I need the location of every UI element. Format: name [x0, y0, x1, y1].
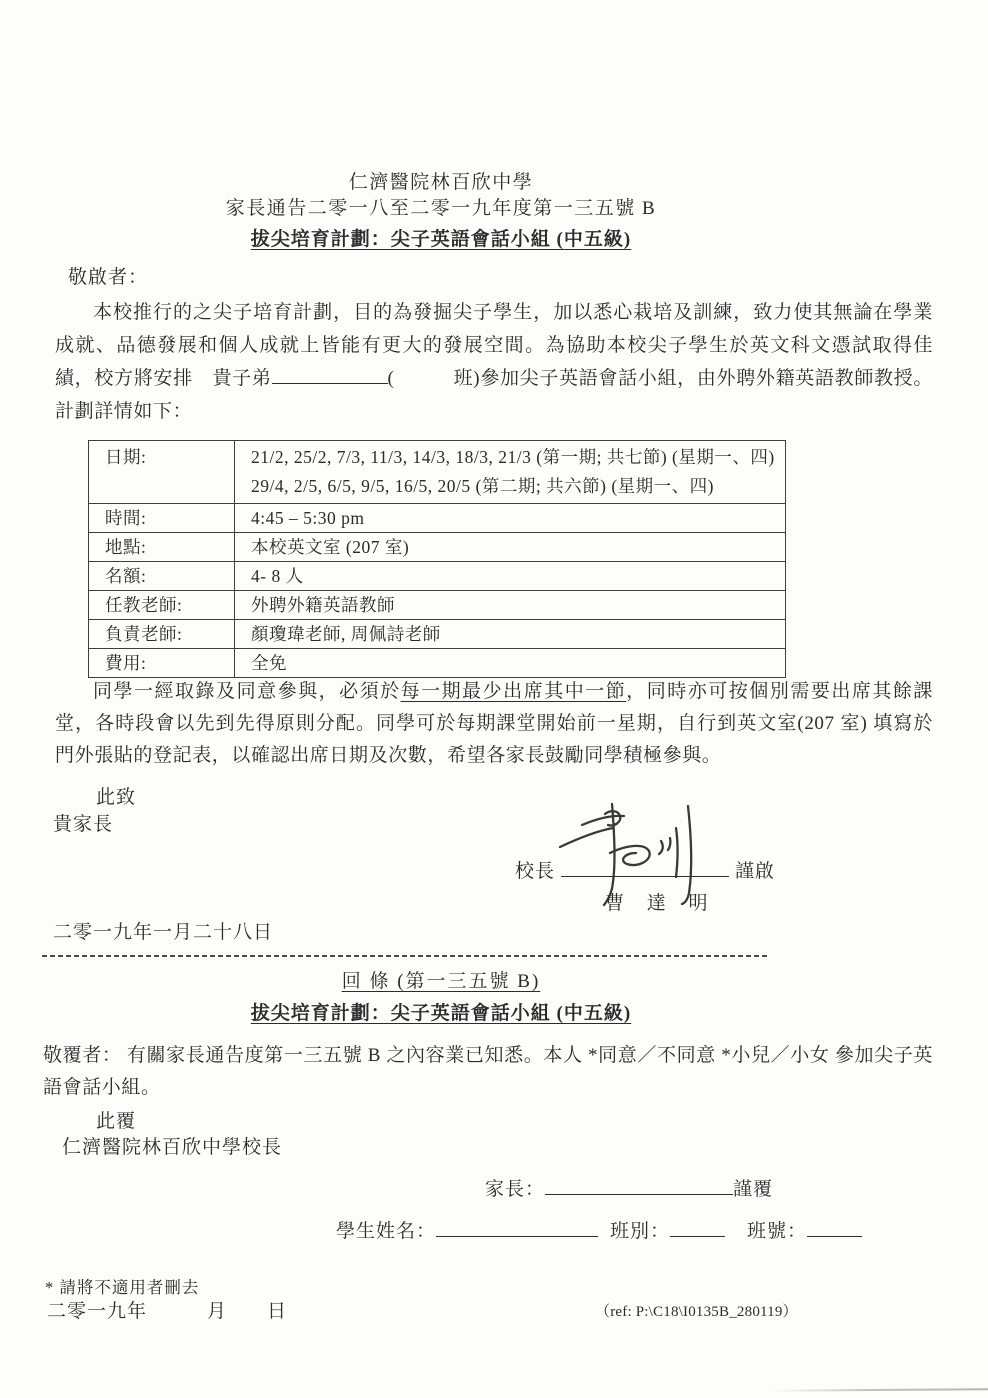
- parent-signature-blank: [545, 1176, 733, 1195]
- date-line-1: 21/2, 25/2, 7/3, 11/3, 14/3, 18/3, 21/3 …: [251, 443, 775, 472]
- row-value: 4- 8 人: [235, 562, 786, 591]
- underlined-requirement: 每一期最少出席其中一節: [401, 681, 627, 702]
- row-label: 名額:: [89, 562, 235, 591]
- row-value: 4:45 – 5:30 pm: [235, 504, 786, 533]
- respectfully-signed-label: 謹啟: [735, 861, 775, 882]
- attendance-text-1: 同學一經取錄及同意參與，必須於: [93, 681, 401, 702]
- closing-this-to: 此致: [96, 782, 136, 809]
- notice-date: 二零一九年一月二十八日: [53, 917, 273, 944]
- principal-name: 曹 達 明: [605, 888, 717, 915]
- notice-subject: 拔尖培育計劃：尖子英語會話小組 (中五級): [55, 224, 827, 251]
- class-blank: [670, 1218, 725, 1237]
- row-label: 任教老師:: [89, 591, 235, 620]
- table-row-time: 時間: 4:45 – 5:30 pm: [89, 504, 786, 533]
- notice-header: 仁濟醫院林百欣中學 家長通告二零一八至二零一九年度第一三五號 B 拔尖培育計劃：…: [55, 170, 827, 251]
- reply-slip-title: 回 條 (第一三五號 B): [55, 966, 827, 993]
- row-label: 日期:: [89, 441, 235, 504]
- intro-paragraph: 本校推行的之尖子培育計劃，目的為發掘尖子學生，加以悉心栽培及訓練，致力使其無論在…: [55, 296, 933, 428]
- class-number-label: 班號：: [747, 1221, 807, 1242]
- row-value: 全免: [235, 649, 786, 678]
- attendance-paragraph: 同學一經取錄及同意參與，必須於每一期最少出席其中一節，同時亦可按個別需要出席其餘…: [55, 676, 933, 772]
- closing-recipient: 貴家長: [53, 809, 113, 836]
- principal-title-label: 校長: [515, 861, 555, 882]
- row-label: 地點:: [89, 533, 235, 562]
- row-label: 費用:: [89, 649, 235, 678]
- reply-slip-divider: [42, 955, 770, 957]
- scan-artifact-line: [770, 1388, 988, 1392]
- date-line-2: 29/4, 2/5, 6/5, 9/5, 16/5, 20/5 (第二期; 共六…: [251, 472, 775, 501]
- reply-addressee: 仁濟醫院林百欣中學校長: [62, 1132, 282, 1159]
- parent-respectfully-label: 謹覆: [733, 1179, 773, 1200]
- reply-this-reply: 此覆: [96, 1106, 136, 1133]
- student-name-label: 學生姓名：: [336, 1221, 436, 1242]
- program-details-table: 日期: 21/2, 25/2, 7/3, 11/3, 14/3, 18/3, 2…: [88, 440, 786, 678]
- notice-number-line: 家長通告二零一八至二零一九年度第一三五號 B: [55, 196, 827, 222]
- school-name: 仁濟醫院林百欣中學: [55, 170, 827, 196]
- table-row-date: 日期: 21/2, 25/2, 7/3, 11/3, 14/3, 18/3, 2…: [89, 441, 786, 504]
- row-value: 外聘外籍英語教師: [235, 591, 786, 620]
- student-name-blank: [436, 1218, 598, 1237]
- table-row-quota: 名額: 4- 8 人: [89, 562, 786, 591]
- row-value: 顏瓊瑋老師, 周佩詩老師: [235, 620, 786, 649]
- reply-slip-subject: 拔尖培育計劃：尖子英語會話小組 (中五級): [55, 998, 827, 1025]
- salutation: 敬啟者：: [68, 262, 148, 289]
- table-row-venue: 地點: 本校英文室 (207 室): [89, 533, 786, 562]
- reply-date-line: 二零一九年 月 日: [47, 1296, 287, 1323]
- table-row-teacher-in-charge: 負責老師: 顏瓊瑋老師, 周佩詩老師: [89, 620, 786, 649]
- class-number-blank: [807, 1218, 862, 1237]
- class-label: 班別：: [610, 1221, 670, 1242]
- parent-signature-row: 家長：謹覆: [485, 1174, 773, 1201]
- signature-row: 校長謹啟: [515, 856, 775, 883]
- scanned-notice-page: 仁濟醫院林百欣中學 家長通告二零一八至二零一九年度第一三五號 B 拔尖培育計劃：…: [0, 0, 988, 1398]
- reply-slip-header: 回 條 (第一三五號 B) 拔尖培育計劃：尖子英語會話小組 (中五級): [55, 966, 827, 1025]
- table-row-tutor: 任教老師: 外聘外籍英語教師: [89, 591, 786, 620]
- row-label: 負責老師:: [89, 620, 235, 649]
- row-value: 本校英文室 (207 室): [235, 533, 786, 562]
- reply-footnote: * 請將不適用者刪去: [45, 1274, 199, 1298]
- row-label: 時間:: [89, 504, 235, 533]
- row-value: 21/2, 25/2, 7/3, 11/3, 14/3, 18/3, 21/3 …: [235, 441, 786, 504]
- document-ref: （ref: P:\C18\I0135B_280119）: [595, 1300, 798, 1321]
- student-info-row: 學生姓名：班別：班號：: [336, 1216, 862, 1243]
- student-name-blank: [272, 365, 388, 384]
- parent-label: 家長：: [485, 1179, 545, 1200]
- table-row-fee: 費用: 全免: [89, 649, 786, 678]
- signature-line: [561, 858, 729, 877]
- reply-slip-body: 敬覆者： 有關家長通告度第一三五號 B 之內容業已知悉。本人 *同意／不同意 *…: [43, 1040, 933, 1104]
